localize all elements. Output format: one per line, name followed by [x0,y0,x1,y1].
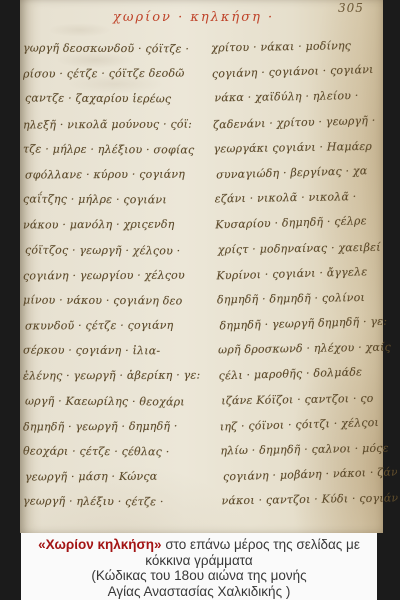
manuscript-line: νάκοι · ςαντζοι · Κύδι · ςογιάνι [221,486,397,514]
manuscript-page-photo: χωρίον · κηλκήση · 305 γωργῆ δεοσκωνδοῦ … [20,0,383,533]
caption-panel: «Χωρίον κηλκήση» στο επάνω μέρος της σελ… [21,533,377,600]
manuscript-line: σέρκου · ςογιάνη · ἰλια- [23,338,201,364]
manuscript-line: ςόϊτζος · γεωργῆ · χέλςου · [23,237,201,263]
manuscript-line: ςαντζε · ζαχαρίου ἱερέως [23,86,201,112]
caption-line-3: (Κώδικας του 18ου αιώνα της μονής [21,568,377,584]
manuscript-line: γωργῆ δεοσκωνδοῦ · ςόϊτζε · [23,36,201,62]
manuscript-line: γεωργάκι ςογιάνι · Ηαμάερ [213,133,389,161]
manuscript-line: ρίσου · ςέτζε · ςόϊτζε δεοδῶ [23,61,201,87]
manuscript-line: νάκου · μανόλη · χριςενδη [23,212,201,238]
manuscript-line: δημηδῆ · γεωργῆ · δημηδῆ · [23,413,201,439]
manuscript-line: ςέλι · μαροθῆς · δολμάδε [218,359,395,389]
manuscript-line: ιζάνε Κόϊζοι · ςαντζοι · ςο [219,385,395,413]
caption-line-4: Αγίας Αναστασίας Χαλκιδικής ) [21,584,377,600]
manuscript-line: ἑλένης · γεωργῆ · ἀβερίκη · γε: [23,363,201,389]
caption-line-2: κόκκινα γράμματα [21,553,377,569]
manuscript-line: θεοχάρι · ςέτζε · ςέθλας · [23,438,201,464]
manuscript-line: Κυρίνοι · ςογιάνι · ἄγγελε [216,258,393,288]
manuscript-line: νάκα · χαϊδύλη · ηλείου · [212,83,388,111]
page-number: 305 [338,1,364,15]
caption-line-1-rest: στο επάνω μέρος της σελίδας με [162,537,360,552]
manuscript-line: ιηζ · ςόϊνοι · ςόιτζι · χέλςοι [220,409,397,439]
rubric-title-red: χωρίον · κηλκήση · [113,10,274,25]
manuscript-line: ςαΐτζης · μήλρε · ςογιάνι [23,187,201,213]
manuscript-line: χρίςτ · μοδηναίνας · χαειβεί [216,234,392,262]
manuscript-column-right: χρίτου · νάκαι · μοδίνηςςογιάνη · ςογιάν… [211,32,398,522]
manuscript-line: ςογιάνη · γεωργίου · χέλςου [23,262,201,288]
manuscript-line: σκυνδοῦ · ςέτζε · ςογιάνη [23,313,201,339]
manuscript-line: τζε · μήλρε · ηλέξιου · σοφίας [23,136,201,162]
screenshot-root: χωρίον · κηλκήση · 305 γωργῆ δεοσκωνδοῦ … [0,0,400,600]
manuscript-line: Κυσαρίου · δημηδῆ · ςέλρε [215,208,392,238]
manuscript-line: γεωργῆ · ηλέξιυ · ςέτζε · [23,489,201,515]
manuscript-line: ζαδενάνι · χρίτου · γεωργῆ · [213,107,390,137]
manuscript-line: γεωργῆ · μάση · Κώνςα [23,464,201,490]
manuscript-column-left: γωργῆ δεοσκωνδοῦ · ςόϊτζε ·ρίσου · ςέτζε… [23,36,201,522]
manuscript-line: ωργῆ · Καεωρίλης · θεοχάρι [23,388,201,414]
caption-quoted-title: «Χωρίον κηλκήση» [38,537,161,552]
manuscript-line: σφόλλανε · κύρου · ςογιάνη [23,161,201,187]
manuscript-line: ηλεξῆ · νικολᾶ μούνους · ςόϊ: [23,111,201,137]
manuscript-line: μίνου · νάκου · ςογιάνη δεο [23,287,201,313]
caption-line-1: «Χωρίον κηλκήση» στο επάνω μέρος της σελ… [21,537,377,553]
